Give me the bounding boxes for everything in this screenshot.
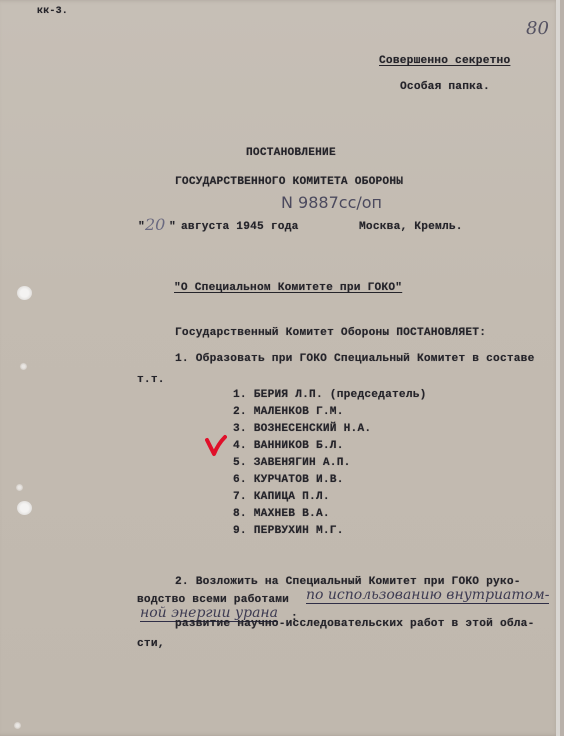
member-item: 9. ПЕРВУХИН М.Г. [233, 525, 344, 537]
document-page: кк-3. 80 Совершенно секретно Особая папк… [0, 0, 560, 736]
place-text: Москва, Кремль. [359, 221, 463, 233]
document-title: ПОСТАНОВЛЕНИЕ [246, 147, 336, 159]
page-edge [556, 0, 560, 736]
member-item: 3. ВОЗНЕСЕНСКИЙ Н.А. [233, 423, 371, 435]
document-issuer: ГОСУДАРСТВЕННОГО КОМИТЕТА ОБОРОНЫ [175, 176, 403, 188]
member-item: 6. КУРЧАТОВ И.В. [233, 474, 344, 486]
check-mark-icon [205, 434, 227, 458]
date-quote-open: " [138, 221, 145, 233]
point-2-handwritten-1: по использованию внутриатом- [306, 587, 549, 604]
member-item: 5. ЗАВЕНЯГИН А.П. [233, 457, 351, 469]
point-2-item: развитие научно-исследовательских работ … [175, 618, 535, 630]
point-1-continuation: т.т. [137, 374, 165, 386]
document-subject: "О Специальном Комитете при ГОКО" [174, 282, 402, 294]
binder-punch [20, 363, 27, 370]
binder-hole [17, 286, 32, 300]
binder-punch [16, 484, 23, 491]
date-quote-close: " [169, 221, 176, 233]
document-number: N 9887сс/оп [281, 193, 382, 212]
member-item: 2. МАЛЕНКОВ Г.М. [233, 406, 344, 418]
point-1-text: 1. Образовать при ГОКО Специальный Комит… [175, 353, 535, 365]
binder-hole [17, 501, 32, 515]
archive-mark: кк-3. [37, 6, 68, 17]
member-item: 8. МАХНЕВ В.А. [233, 508, 330, 520]
member-item: 1. БЕРИЯ Л.П. (председатель) [233, 389, 427, 401]
date-text: августа 1945 года [181, 221, 299, 233]
member-item: 7. КАПИЦА П.Л. [233, 491, 330, 503]
binder-punch [14, 722, 21, 729]
classification-stamp: Совершенно секретно [379, 55, 510, 67]
preamble: Государственный Комитет Обороны ПОСТАНОВ… [175, 327, 486, 339]
date-day: 20 [145, 215, 165, 234]
folder-label: Особая папка. [400, 81, 490, 93]
page-number: 80 [526, 18, 549, 39]
member-item: 4. ВАННИКОВ Б.Л. [233, 440, 344, 452]
point-2-item-continuation: сти, [137, 638, 165, 650]
